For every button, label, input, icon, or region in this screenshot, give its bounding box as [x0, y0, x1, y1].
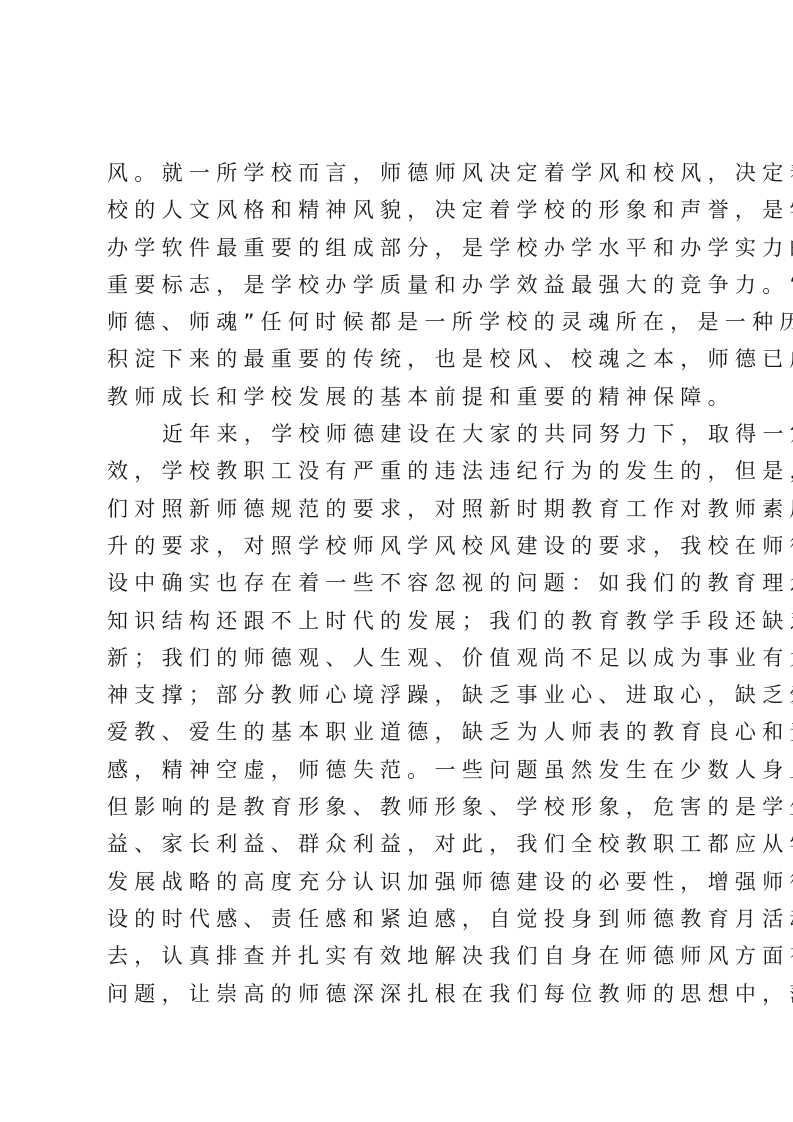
text-line: 设的时代感、责任感和紧迫感，自觉投身到师德教育月活动中: [107, 901, 687, 938]
text-line: 办学软件最重要的组成部分，是学校办学水平和办学实力的最: [107, 230, 687, 267]
text-line: 新；我们的师德观、人生观、价值观尚不足以成为事业有为的精: [107, 640, 687, 677]
text-line: 但影响的是教育形象、教师形象、学校形象，危害的是学生利: [107, 789, 687, 826]
text-line: 爱教、爱生的基本职业道德，缺乏为人师表的教育良心和责任: [107, 714, 687, 751]
text-line: 师德、师魂”任何时候都是一所学校的灵魂所在，是一种历史: [107, 304, 687, 341]
text-line: 感，精神空虚，师德失范。一些问题虽然发生在少数人身上，: [107, 752, 687, 789]
text-line: 校的人文风格和精神风貌，决定着学校的形象和声誉，是学校: [107, 192, 687, 229]
text-line: 升的要求，对照学校师风学风校风建设的要求，我校在师德建: [107, 528, 687, 565]
document-page: 风。就一所学校而言，师德师风决定着学风和校风，决定着学 校的人文风格和精神风貌，…: [0, 0, 793, 1122]
text-line: 发展战略的高度充分认识加强师德建设的必要性，增强师德建: [107, 864, 687, 901]
text-line: 们对照新师德规范的要求，对照新时期教育工作对教师素质提: [107, 491, 687, 528]
text-line: 知识结构还跟不上时代的发展；我们的教育教学手段还缺乏创: [107, 603, 687, 640]
text-line: 问题，让崇高的师德深深扎根在我们每位教师的思想中，落实: [107, 976, 687, 1013]
paragraph-start-line: 近年来，学校师德建设在大家的共同努力下，取得一定成: [107, 416, 687, 453]
text-line: 积淀下来的最重要的传统，也是校风、校魂之本，师德已成为: [107, 341, 687, 378]
text-line: 风。就一所学校而言，师德师风决定着学风和校风，决定着学: [107, 155, 687, 192]
body-text: 风。就一所学校而言，师德师风决定着学风和校风，决定着学 校的人文风格和精神风貌，…: [107, 155, 687, 1013]
text-line: 神支撑；部分教师心境浮躁，缺乏事业心、进取心，缺乏爱校、: [107, 677, 687, 714]
text-line: 益、家长利益、群众利益，对此，我们全校教职工都应从学校: [107, 826, 687, 863]
paragraph-end-line: 教师成长和学校发展的基本前提和重要的精神保障。: [107, 379, 687, 416]
text-line: 设中确实也存在着一些不容忽视的问题：如我们的教育理念、: [107, 565, 687, 602]
text-line: 效，学校教职工没有严重的违法违纪行为的发生的，但是，我: [107, 453, 687, 490]
text-line: 去，认真排查并扎实有效地解决我们自身在师德师风方面存在: [107, 938, 687, 975]
text-line: 重要标志，是学校办学质量和办学效益最强大的竞争力。“师风、: [107, 267, 687, 304]
